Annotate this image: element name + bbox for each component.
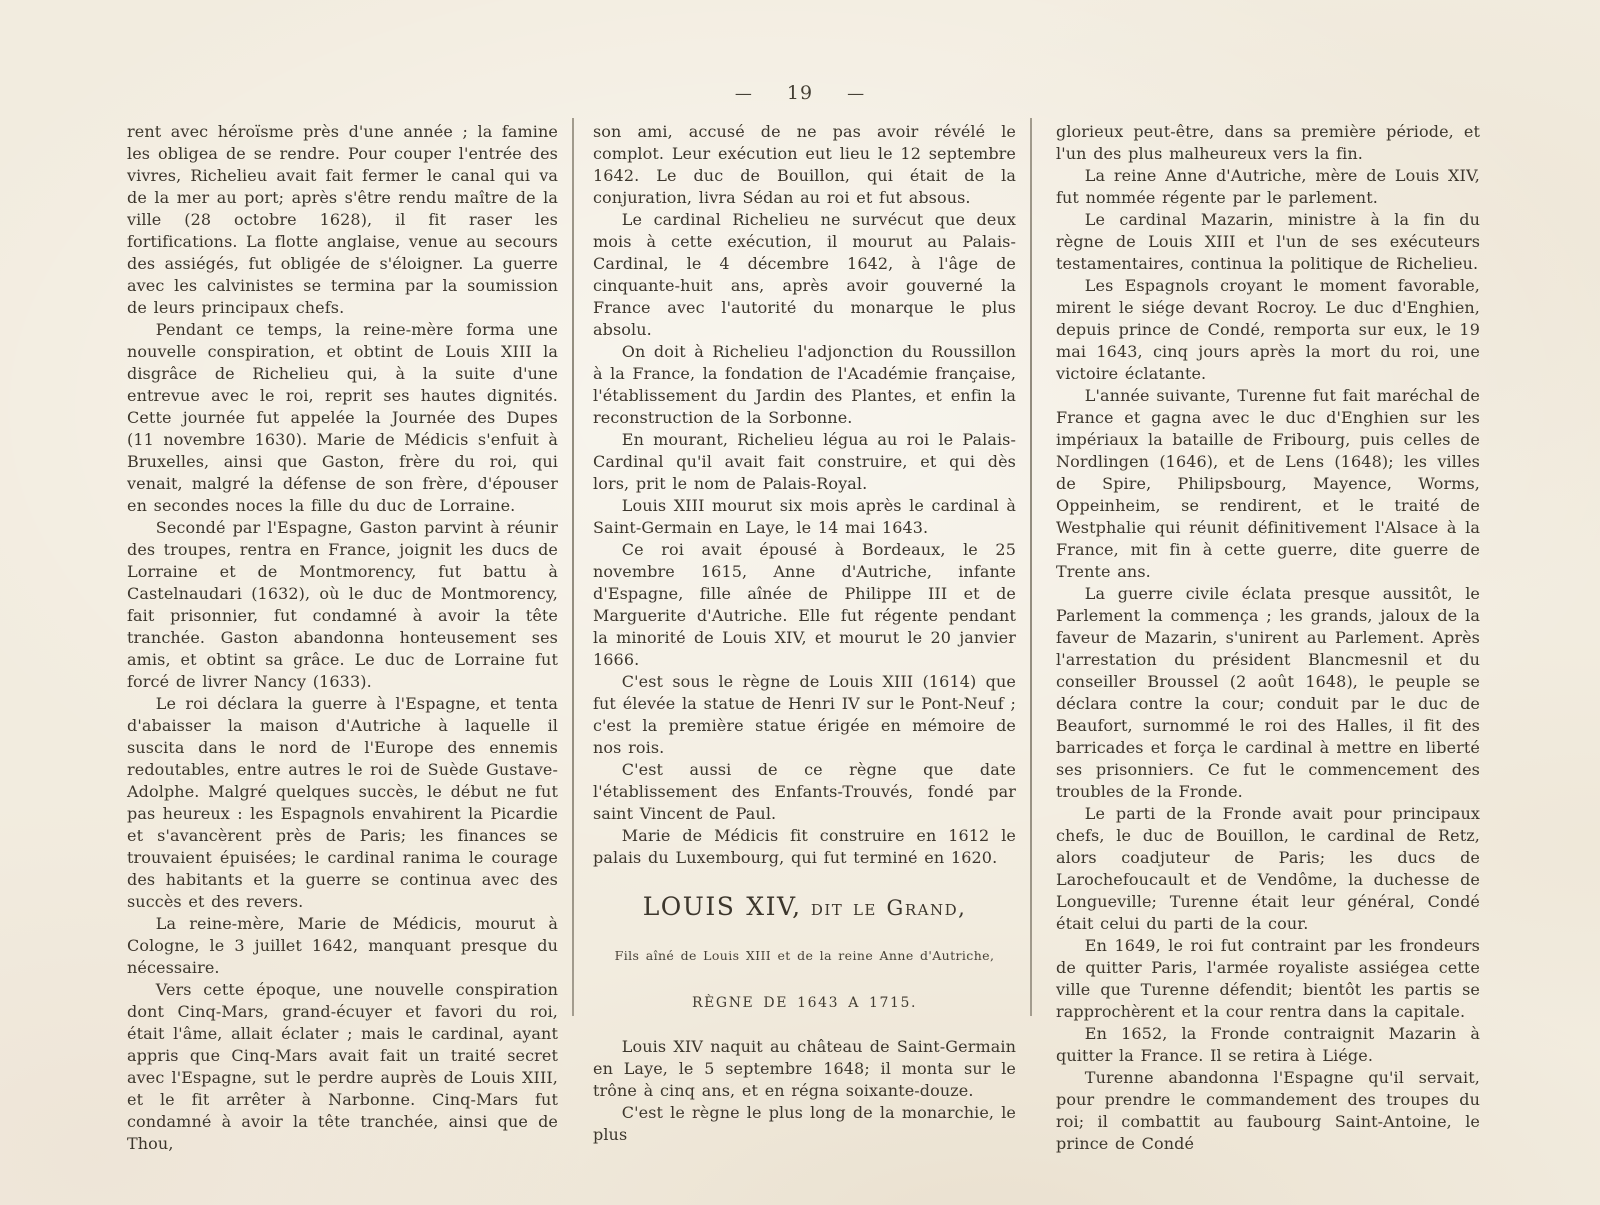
text-column-1: rent avec héroïsme près d'une année ; la… xyxy=(127,121,558,1155)
column-2-lower-paragraphs: Louis XIV naquit au château de Saint-Ger… xyxy=(593,1036,1016,1146)
paragraph: rent avec héroïsme près d'une année ; la… xyxy=(127,121,558,319)
paragraph: En 1652, la Fronde contraignit Mazarin à… xyxy=(1056,1023,1480,1067)
paragraph: C'est le règne le plus long de la monarc… xyxy=(593,1102,1016,1146)
column-2-upper-paragraphs: son ami, accusé de ne pas avoir révélé l… xyxy=(593,121,1016,869)
paragraph: Marie de Médicis fit construire en 1612 … xyxy=(593,825,1016,869)
paragraph: Le roi déclara la guerre à l'Espagne, et… xyxy=(127,693,558,913)
paragraph: C'est sous le règne de Louis XIII (1614)… xyxy=(593,671,1016,759)
page-number: 19 xyxy=(787,82,813,104)
paragraph: La reine-mère, Marie de Médicis, mourut … xyxy=(127,913,558,979)
paragraph: glorieux peut-être, dans sa première pér… xyxy=(1056,121,1480,165)
paragraph: La reine Anne d'Autriche, mère de Louis … xyxy=(1056,165,1480,209)
paragraph: La guerre civile éclata presque aussitôt… xyxy=(1056,583,1480,803)
chapter-title-epithet: dit le Grand, xyxy=(811,896,966,920)
paragraph: Louis XIV naquit au château de Saint-Ger… xyxy=(593,1036,1016,1102)
scanned-page: — 19 — rent avec héroïsme près d'une ann… xyxy=(0,0,1600,1205)
chapter-title-name: LOUIS XIV, xyxy=(643,892,802,921)
paragraph: C'est aussi de ce règne que date l'établ… xyxy=(593,759,1016,825)
chapter-heading-block: LOUIS XIV, dit le Grand, Fils aîné de Lo… xyxy=(593,896,1016,1014)
paragraph: Ce roi avait épousé à Bordeaux, le 25 no… xyxy=(593,539,1016,671)
chapter-subtitle: Fils aîné de Louis XIII et de la reine A… xyxy=(593,945,1016,967)
paragraph: Les Espagnols croyant le moment favorabl… xyxy=(1056,275,1480,385)
text-column-2: son ami, accusé de ne pas avoir révélé l… xyxy=(593,121,1016,1146)
paragraph: L'année suivante, Turenne fut fait maréc… xyxy=(1056,385,1480,583)
column-separator-rule-1 xyxy=(572,118,574,1016)
paragraph: Le cardinal Richelieu ne survécut que de… xyxy=(593,209,1016,341)
paragraph: On doit à Richelieu l'adjonction du Rous… xyxy=(593,341,1016,429)
paragraph: Turenne abandonna l'Espagne qu'il servai… xyxy=(1056,1067,1480,1155)
column-separator-rule-2 xyxy=(1030,118,1032,1016)
paragraph: son ami, accusé de ne pas avoir révélé l… xyxy=(593,121,1016,209)
paragraph: Le parti de la Fronde avait pour princip… xyxy=(1056,803,1480,935)
paragraph: En mourant, Richelieu légua au roi le Pa… xyxy=(593,429,1016,495)
paragraph: Secondé par l'Espagne, Gaston parvint à … xyxy=(127,517,558,693)
text-column-3: glorieux peut-être, dans sa première pér… xyxy=(1056,121,1480,1155)
page-header: — 19 — xyxy=(0,82,1600,104)
chapter-reign-dates: RÈGNE DE 1643 A 1715. xyxy=(593,992,1016,1014)
paragraph: En 1649, le roi fut contraint par les fr… xyxy=(1056,935,1480,1023)
paragraph: Pendant ce temps, la reine-mère forma un… xyxy=(127,319,558,517)
chapter-title: LOUIS XIV, dit le Grand, xyxy=(593,896,1016,919)
page-number-dash-left: — xyxy=(735,84,753,104)
page-number-dash-right: — xyxy=(847,84,865,104)
paragraph: Vers cette époque, une nouvelle conspira… xyxy=(127,979,558,1155)
paragraph: Le cardinal Mazarin, ministre à la fin d… xyxy=(1056,209,1480,275)
paragraph: Louis XIII mourut six mois après le card… xyxy=(593,495,1016,539)
